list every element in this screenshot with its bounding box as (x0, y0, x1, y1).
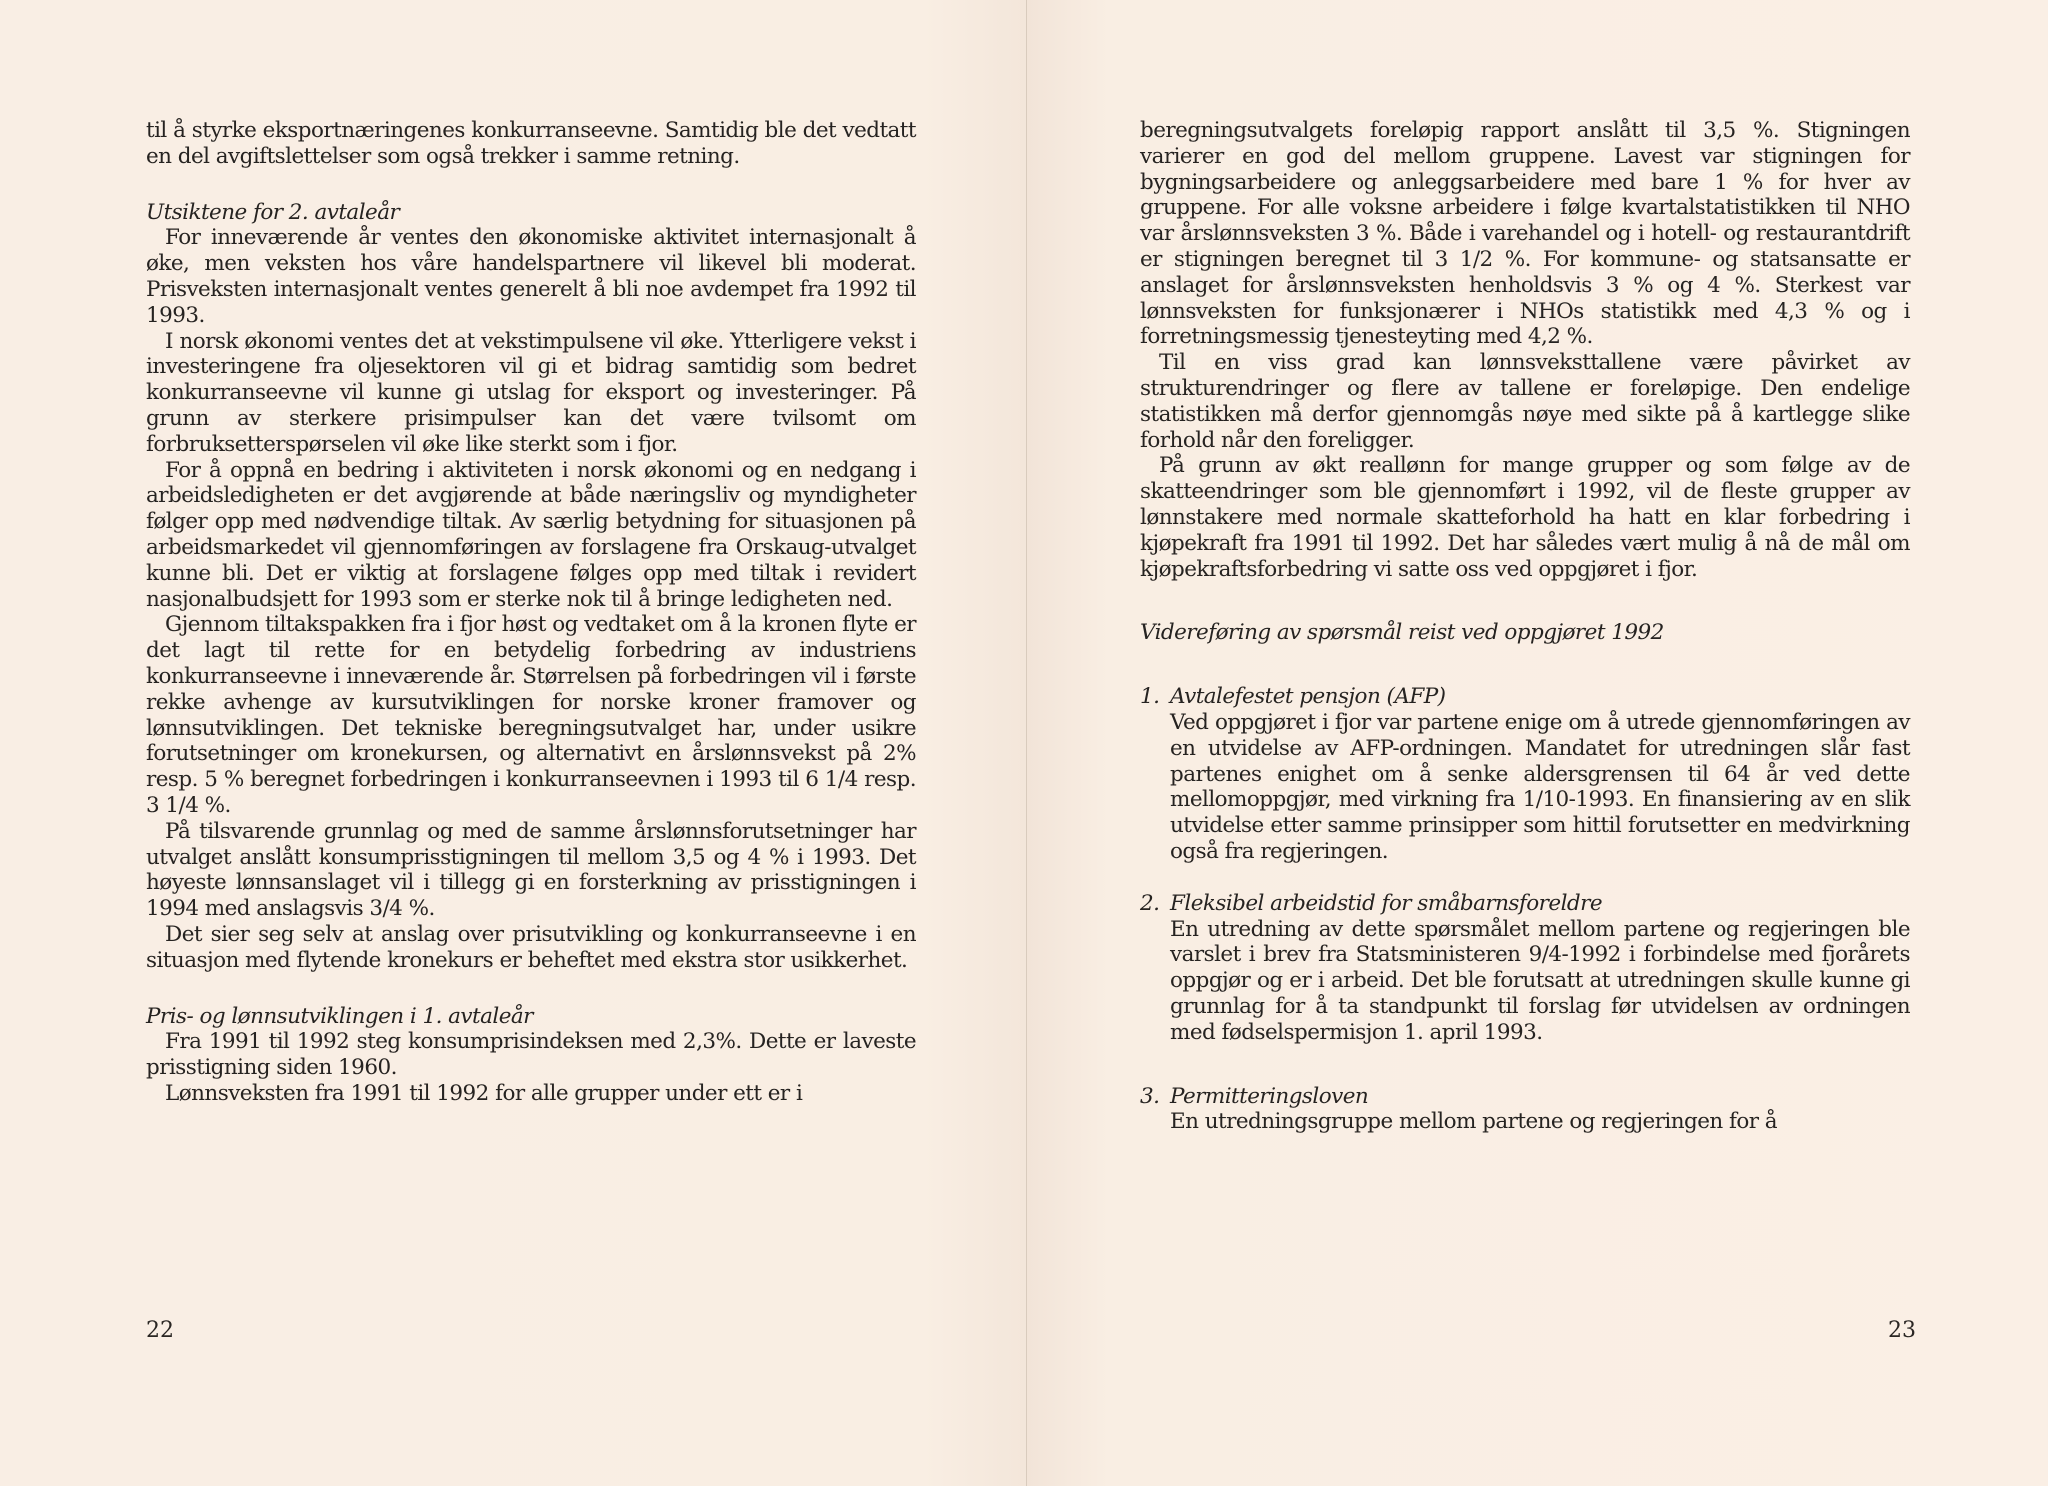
section-heading: Videreføring av spørsmål reist ved oppgj… (1140, 620, 1910, 646)
list-item-title: Avtalefestet pensjon (AFP) (1170, 684, 1910, 710)
right-page-body: beregningsutvalgets foreløpig rapport an… (1140, 118, 1910, 1135)
paragraph: For inneværende år ventes den økonomiske… (146, 225, 916, 328)
page-number: 22 (146, 1318, 174, 1343)
paragraph: beregningsutvalgets foreløpig rapport an… (1140, 118, 1910, 350)
page-number: 23 (1888, 1318, 1916, 1343)
list-item-layoff-act: 3. Permitteringsloven En utredningsgrupp… (1140, 1084, 1910, 1136)
list-item-title: Permitteringsloven (1170, 1084, 1910, 1110)
paragraph: Det sier seg selv at anslag over prisutv… (146, 922, 916, 974)
left-page: til å styrke eksportnæringenes konkurran… (0, 0, 1027, 1486)
list-item-title: Fleksibel arbeidstid for småbarnsforeldr… (1170, 891, 1910, 917)
section-heading: Utsiktene for 2. avtaleår (146, 200, 916, 226)
section-heading: Pris- og lønnsutviklingen i 1. avtaleår (146, 1004, 916, 1030)
right-page: beregningsutvalgets foreløpig rapport an… (1027, 0, 2048, 1486)
list-item-body: En utredningsgruppe mellom partene og re… (1170, 1109, 1910, 1135)
paragraph: Fra 1991 til 1992 steg konsumprisindekse… (146, 1029, 916, 1081)
book-spread: til å styrke eksportnæringenes konkurran… (0, 0, 2048, 1486)
list-number: 3. (1140, 1084, 1159, 1110)
paragraph: til å styrke eksportnæringenes konkurran… (146, 118, 916, 170)
list-number: 1. (1140, 684, 1159, 710)
paragraph: For å oppnå en bedring i aktiviteten i n… (146, 458, 916, 613)
paragraph: I norsk økonomi ventes det at vekstimpul… (146, 329, 916, 458)
list-number: 2. (1140, 891, 1159, 917)
list-item-flexible-hours: 2. Fleksibel arbeidstid for småbarnsfore… (1140, 891, 1910, 1046)
paragraph: Til en viss grad kan lønnsveksttallene v… (1140, 350, 1910, 453)
paragraph: På tilsvarende grunnlag og med de samme … (146, 819, 916, 922)
paragraph: Gjennom tiltakspakken fra i fjor høst og… (146, 612, 916, 818)
paragraph: På grunn av økt reallønn for mange grupp… (1140, 453, 1910, 582)
list-item-body: Ved oppgjøret i fjor var partene enige o… (1170, 710, 1910, 865)
list-item-body: En utredning av dette spørsmålet mellom … (1170, 917, 1910, 1046)
list-item-afp: 1. Avtalefestet pensjon (AFP) Ved oppgjø… (1140, 684, 1910, 865)
left-page-body: til å styrke eksportnæringenes konkurran… (146, 118, 916, 1107)
paragraph: Lønnsveksten fra 1991 til 1992 for alle … (146, 1081, 916, 1107)
